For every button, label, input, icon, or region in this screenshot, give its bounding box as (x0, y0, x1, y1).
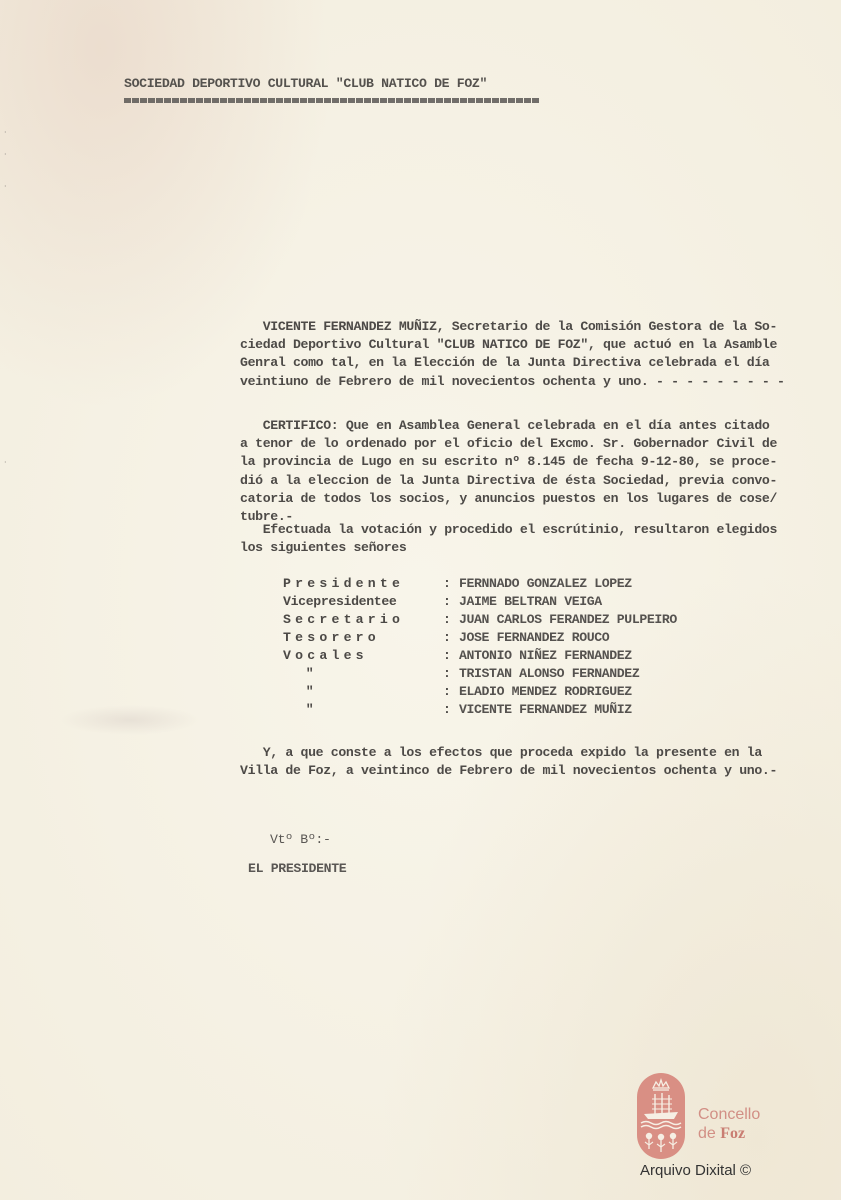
officer-row: Tesorero:JOSE FERNANDEZ ROUCO (283, 629, 677, 647)
text-line: dió a la eleccion de la Junta Directiva … (240, 472, 777, 490)
concello-de-foz-logo: Concello de Foz (636, 1072, 796, 1162)
archive-copyright-label: Arquivo Dixital © (640, 1162, 751, 1179)
officer-row: Presidente:FERNNADO GONZALEZ LOPEZ (283, 575, 677, 593)
officer-separator: : (443, 665, 459, 683)
text-line: VICENTE FERNANDEZ MUÑIZ, Secretario de l… (240, 318, 785, 336)
officer-row: Vicepresidentee:JAIME BELTRAN VEIGA (283, 593, 677, 611)
text-line: CERTIFICO: Que en Asamblea General celeb… (240, 417, 777, 435)
text-line: la provincia de Lugo en su escrito nº 8.… (240, 453, 777, 471)
officer-name: TRISTAN ALONSO FERNANDEZ (459, 665, 639, 683)
officer-role: " (283, 683, 443, 701)
officer-name: ANTONIO NIÑEZ FERNANDEZ (459, 647, 632, 665)
text-line: Efectuada la votación y procedido el esc… (240, 521, 777, 539)
officer-name: JAIME BELTRAN VEIGA (459, 593, 602, 611)
officer-separator: : (443, 683, 459, 701)
officer-name: JUAN CARLOS FERANDEZ PULPEIRO (459, 611, 677, 629)
edge-mark: · (4, 182, 7, 191)
officer-role: " (283, 665, 443, 683)
officer-separator: : (443, 593, 459, 611)
text-line: Y, a que conste a los efectos que proced… (240, 744, 777, 762)
logo-line-2-prefix: de (698, 1125, 720, 1142)
logo-line-2-bold: Foz (720, 1125, 745, 1142)
approval-mark: Vtº Bº:- (270, 832, 331, 847)
officer-name: VICENTE FERNANDEZ MUÑIZ (459, 701, 632, 719)
ink-show-through (60, 705, 200, 735)
logo-line-2: de Foz (698, 1124, 760, 1143)
logo-line-1: Concello (698, 1105, 760, 1124)
officer-separator: : (443, 647, 459, 665)
edge-mark: · (4, 128, 7, 137)
closing-paragraph: Y, a que conste a los efectos que proced… (240, 744, 777, 780)
ship-crest-icon (636, 1072, 686, 1160)
text-line: catoria de todos los socios, y anuncios … (240, 490, 777, 508)
edge-mark: · (4, 150, 7, 159)
officer-row: Secretario:JUAN CARLOS FERANDEZ PULPEIRO (283, 611, 677, 629)
officers-list: Presidente:FERNNADO GONZALEZ LOPEZVicepr… (283, 575, 677, 719)
officer-row: ":ELADIO MENDEZ RODRIGUEZ (283, 683, 677, 701)
header-underline-rule (124, 98, 540, 103)
officer-separator: : (443, 629, 459, 647)
officer-role: Vocales (283, 647, 443, 665)
officer-role: " (283, 701, 443, 719)
text-line: Genral como tal, en la Elección de la Ju… (240, 354, 785, 372)
officer-role: Secretario (283, 611, 443, 629)
logo-wordmark: Concello de Foz (698, 1105, 760, 1143)
officer-row: Vocales:ANTONIO NIÑEZ FERNANDEZ (283, 647, 677, 665)
officer-name: FERNNADO GONZALEZ LOPEZ (459, 575, 632, 593)
officer-name: ELADIO MENDEZ RODRIGUEZ (459, 683, 632, 701)
officer-row: ":VICENTE FERNANDEZ MUÑIZ (283, 701, 677, 719)
officer-role: Vicepresidentee (283, 593, 443, 611)
text-line: ciedad Deportivo Cultural "CLUB NATICO D… (240, 336, 785, 354)
text-line: los siguientes señores (240, 539, 777, 557)
officer-separator: : (443, 701, 459, 719)
document-header-title: SOCIEDAD DEPORTIVO CULTURAL "CLUB NATICO… (124, 76, 487, 91)
election-result-paragraph: Efectuada la votación y procedido el esc… (240, 521, 777, 557)
text-line: Villa de Foz, a veintinco de Febrero de … (240, 762, 777, 780)
officer-role: Presidente (283, 575, 443, 593)
officer-separator: : (443, 575, 459, 593)
certification-paragraph: CERTIFICO: Que en Asamblea General celeb… (240, 417, 777, 526)
officer-role: Tesorero (283, 629, 443, 647)
intro-paragraph: VICENTE FERNANDEZ MUÑIZ, Secretario de l… (240, 318, 785, 391)
officer-name: JOSE FERNANDEZ ROUCO (459, 629, 609, 647)
officer-row: ":TRISTAN ALONSO FERNANDEZ (283, 665, 677, 683)
officer-separator: : (443, 611, 459, 629)
text-line: a tenor de lo ordenado por el oficio del… (240, 435, 777, 453)
signatory-label: EL PRESIDENTE (248, 861, 346, 876)
text-line: veintiuno de Febrero de mil novecientos … (240, 373, 785, 391)
edge-mark: · (4, 458, 7, 467)
